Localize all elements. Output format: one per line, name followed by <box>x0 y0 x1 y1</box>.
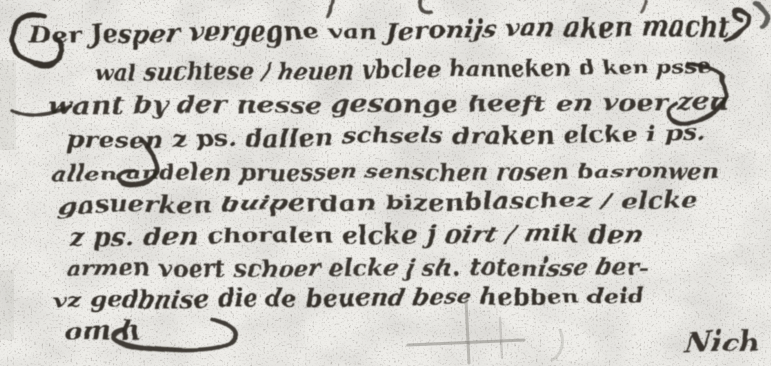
docket-signature: Nich <box>684 324 760 360</box>
manuscript-line: om h <box>64 315 140 347</box>
left-edge-shading <box>0 60 16 150</box>
manuscript-scan: Der Jesper vergegne van Jeronijs van ake… <box>0 0 771 366</box>
manuscript-line: allen andelen pruessen senschen rosen ba… <box>52 159 720 187</box>
manuscript-line: vz gedbnise die de beuend bese hebben de… <box>54 282 644 314</box>
manuscript-page: Der Jesper vergegne van Jeronijs van ake… <box>0 0 771 366</box>
left-edge-shading <box>0 270 14 340</box>
manuscript-line: wal suchtese / heuen vbclee hanneken d k… <box>95 54 710 86</box>
manuscript-line: z ps. den choralen elcke j oirt / mik de… <box>69 218 642 251</box>
manuscript-line: armen voert schoer elcke j sh. totenisse… <box>66 254 650 283</box>
manuscript-line: want by der nesse gesonge heeft en voer … <box>50 87 730 120</box>
